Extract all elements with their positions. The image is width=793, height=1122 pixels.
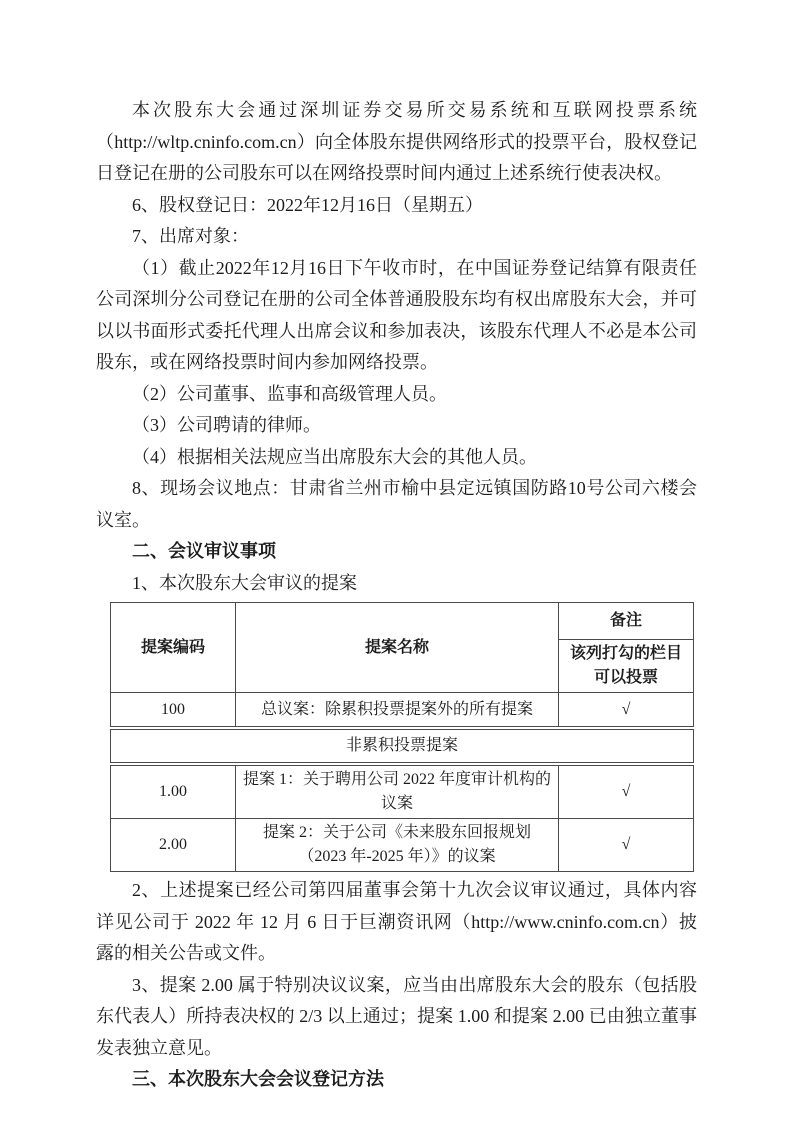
cell-proposal-name: 提案 1：关于聘用公司 2022 年度审计机构的议案 <box>236 766 559 819</box>
paragraph-attendee-2: （2）公司董事、监事和高级管理人员。 <box>96 379 697 411</box>
cell-proposal-name: 总议案：除累积投票提案外的所有提案 <box>236 693 559 727</box>
paragraph-special-resolution: 3、提案 2.00 属于特别决议议案，应当由出席股东大会的股东（包括股东代表人）… <box>96 970 697 1065</box>
checkmark-icon: √ <box>559 693 694 727</box>
proposal-table-items: 1.00 提案 1：关于聘用公司 2022 年度审计机构的议案 √ 2.00 提… <box>110 765 694 872</box>
paragraph-attendee-4: （4）根据相关法规应当出席股东大会的其他人员。 <box>96 442 697 474</box>
proposal-table: 提案编码 提案名称 备注 该列打勾的栏目可以投票 100 总议案：除累积投票提案… <box>110 602 693 872</box>
heading-section-3: 三、本次股东大会会议登记方法 <box>96 1064 697 1096</box>
paragraph-attendee-3: （3）公司聘请的律师。 <box>96 410 697 442</box>
cell-proposal-name: 提案 2：关于公司《未来股东回报规划（2023 年-2025 年）》的议案 <box>236 819 559 872</box>
cell-proposal-code: 1.00 <box>111 766 236 819</box>
section-label-non-cumulative: 非累积投票提案 <box>111 730 694 763</box>
paragraph-network-voting: 本次股东大会通过深圳证券交易所交易系统和互联网投票系统（http://wltp.… <box>96 95 697 190</box>
heading-section-2: 二、会议审议事项 <box>96 536 697 568</box>
header-remark-note: 该列打勾的栏目可以投票 <box>559 640 694 693</box>
header-proposal-name: 提案名称 <box>236 603 559 693</box>
header-proposal-code: 提案编码 <box>111 603 236 693</box>
checkmark-icon: √ <box>559 819 694 872</box>
document-page: 本次股东大会通过深圳证券交易所交易系统和互联网投票系统（http://wltp.… <box>0 0 793 1122</box>
paragraph-record-date: 6、股权登记日：2022年12月16日（星期五） <box>96 190 697 222</box>
table-row: 1.00 提案 1：关于聘用公司 2022 年度审计机构的议案 √ <box>111 766 694 819</box>
header-remark: 备注 <box>559 603 694 640</box>
table-row: 非累积投票提案 <box>111 730 694 763</box>
paragraph-attendees-title: 7、出席对象： <box>96 221 697 253</box>
cell-proposal-code: 100 <box>111 693 236 727</box>
paragraph-venue: 8、现场会议地点：甘肃省兰州市榆中县定远镇国防路10号公司六楼会议室。 <box>96 473 697 536</box>
table-row: 2.00 提案 2：关于公司《未来股东回报规划（2023 年-2025 年）》的… <box>111 819 694 872</box>
proposal-table-section: 非累积投票提案 <box>110 729 694 763</box>
paragraph-board-approval: 2、上述提案已经公司第四届董事会第十九次会议审议通过，具体内容详见公司于 202… <box>96 875 697 970</box>
table-row: 100 总议案：除累积投票提案外的所有提案 √ <box>111 693 694 727</box>
proposal-table-main: 提案编码 提案名称 备注 该列打勾的栏目可以投票 100 总议案：除累积投票提案… <box>110 602 694 727</box>
checkmark-icon: √ <box>559 766 694 819</box>
cell-proposal-code: 2.00 <box>111 819 236 872</box>
paragraph-attendee-1: （1）截止2022年12月16日下午收市时，在中国证券登记结算有限责任公司深圳分… <box>96 253 697 379</box>
paragraph-proposals-intro: 1、本次股东大会审议的提案 <box>96 568 697 600</box>
